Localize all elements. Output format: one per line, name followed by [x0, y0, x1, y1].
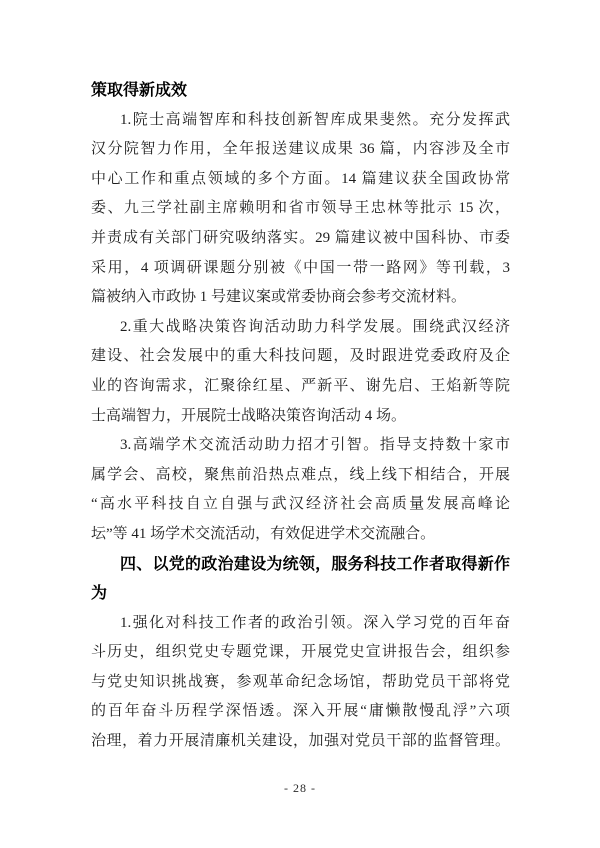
- text-line: 业的咨询需求，汇聚徐红星、严新平、谢先启、王焰新等院: [91, 372, 510, 402]
- page-number: - 28 -: [0, 781, 600, 796]
- text-line: 3.高端学术交流活动助力招才引智。指导支持数十家市: [91, 431, 510, 461]
- text-line: 四、以党的政治建设为统领，服务科技工作者取得新作: [91, 550, 510, 580]
- page-content: 策取得新成效1.院士高端智库和科技创新智库成果斐然。充分发挥武汉分院智力作用，全…: [91, 76, 510, 757]
- text-line: 中心工作和重点领域的多个方面。14 篇建议获全国政协常: [91, 165, 510, 195]
- text-line: 委、九三学社副主席赖明和省市领导王忠林等批示 15 次，: [91, 194, 510, 224]
- text-line: 篇被纳入市政协 1 号建议案或常委协商会参考交流材料。: [91, 283, 510, 313]
- text-line: 属学会、高校，聚焦前沿热点难点，线上线下相结合，开展: [91, 461, 510, 491]
- text-line: 策取得新成效: [91, 76, 510, 106]
- text-line: “高水平科技自立自强与武汉经济社会高质量发展高峰论: [91, 490, 510, 520]
- text-line: 坛”等 41 场学术交流活动，有效促进学术交流融合。: [91, 520, 510, 550]
- text-line: 为: [91, 579, 510, 609]
- document-page: 策取得新成效1.院士高端智库和科技创新智库成果斐然。充分发挥武汉分院智力作用，全…: [0, 0, 600, 848]
- text-line: 并责成有关部门研究吸纳落实。29 篇建议被中国科协、市委: [91, 224, 510, 254]
- text-line: 采用，4 项调研课题分别被《中国一带一路网》等刊载，3: [91, 254, 510, 284]
- text-line: 2.重大战略决策咨询活动助力科学发展。围绕武汉经济: [91, 313, 510, 343]
- section-heading-continued: 策取得新成效: [91, 76, 510, 106]
- text-line: 汉分院智力作用，全年报送建议成果 36 篇，内容涉及全市: [91, 135, 510, 165]
- text-line: 建设、社会发展中的重大科技问题，及时跟进党委政府及企: [91, 342, 510, 372]
- text-line: 1.强化对科技工作者的政治引领。深入学习党的百年奋: [91, 609, 510, 639]
- text-line: 士高端智力，开展院士战略决策咨询活动 4 场。: [91, 402, 510, 432]
- text-line: 斗历史，组织党史专题党课，开展党史宣讲报告会，组织参: [91, 638, 510, 668]
- paragraph-3: 3.高端学术交流活动助力招才引智。指导支持数十家市属学会、高校，聚焦前沿热点难点…: [91, 431, 510, 549]
- text-line: 与党史知识挑战赛，参观革命纪念场馆，帮助党员干部将党: [91, 668, 510, 698]
- paragraph-2: 2.重大战略决策咨询活动助力科学发展。围绕武汉经济建设、社会发展中的重大科技问题…: [91, 313, 510, 431]
- text-line: 1.院士高端智库和科技创新智库成果斐然。充分发挥武: [91, 106, 510, 136]
- paragraph-1: 1.院士高端智库和科技创新智库成果斐然。充分发挥武汉分院智力作用，全年报送建议成…: [91, 106, 510, 313]
- text-line: 的百年奋斗历程学深悟透。深入开展“庸懒散慢乱浮”六项: [91, 697, 510, 727]
- paragraph-4: 1.强化对科技工作者的政治引领。深入学习党的百年奋斗历史，组织党史专题党课，开展…: [91, 609, 510, 757]
- text-line: 治理，着力开展清廉机关建设，加强对党员干部的监督管理。: [91, 727, 510, 757]
- section-heading-4: 四、以党的政治建设为统领，服务科技工作者取得新作为: [91, 550, 510, 609]
